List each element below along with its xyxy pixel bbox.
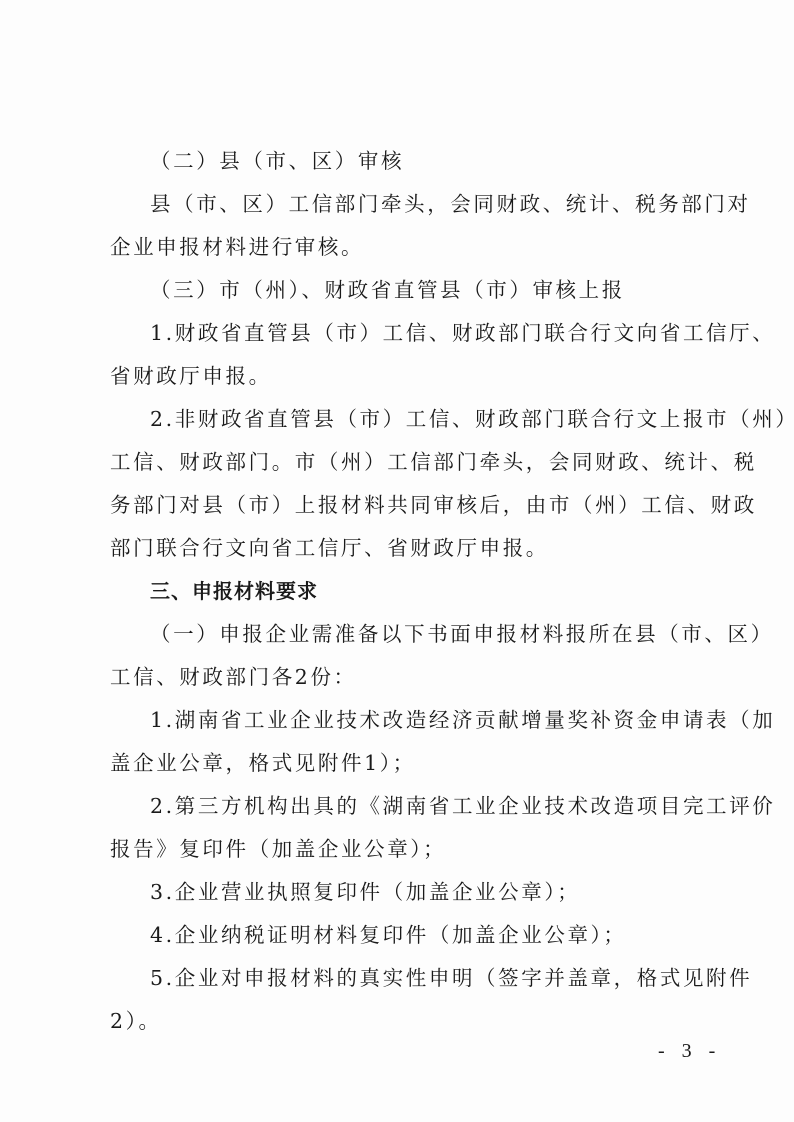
- text-line: 工信、财政部门各2份：: [110, 663, 710, 691]
- text-line: 企业申报材料进行审核。: [110, 233, 710, 261]
- text-line: 县（市、区）工信部门牵头，会同财政、统计、税务部门对: [150, 190, 750, 218]
- text-line: 报告》复印件（加盖企业公章）；: [110, 835, 710, 863]
- text-line: 务部门对县（市）上报材料共同审核后，由市（州）工信、财政: [110, 491, 710, 519]
- text-line: 盖企业公章，格式见附件1）；: [110, 749, 710, 777]
- text-line: （三）市（州）、财政省直管县（市）审核上报: [150, 276, 750, 304]
- text-line: （一）申报企业需准备以下书面申报材料报所在县（市、区）: [150, 620, 750, 648]
- text-line: 3.企业营业执照复印件（加盖企业公章）；: [150, 878, 750, 906]
- text-line: 2.非财政省直管县（市）工信、财政部门联合行文上报市（州）: [150, 405, 750, 433]
- text-line: 2）。: [110, 1007, 710, 1035]
- section-heading: 三、申报材料要求: [150, 577, 750, 605]
- text-line: 5.企业对申报材料的真实性申明（签字并盖章，格式见附件: [150, 964, 750, 992]
- text-line: 1.财政省直管县（市）工信、财政部门联合行文向省工信厅、: [150, 319, 750, 347]
- text-line: 2.第三方机构出具的《湖南省工业企业技术改造项目完工评价: [150, 792, 750, 820]
- page-number: - 3 -: [658, 1040, 721, 1063]
- text-line: 工信、财政部门。市（州）工信部门牵头，会同财政、统计、税: [110, 448, 710, 476]
- text-line: （二）县（市、区）审核: [150, 147, 750, 175]
- text-line: 部门联合行文向省工信厅、省财政厅申报。: [110, 534, 710, 562]
- text-line: 1.湖南省工业企业技术改造经济贡献增量奖补资金申请表（加: [150, 706, 750, 734]
- text-line: 省财政厅申报。: [110, 362, 710, 390]
- text-line: 4.企业纳税证明材料复印件（加盖企业公章）；: [150, 921, 750, 949]
